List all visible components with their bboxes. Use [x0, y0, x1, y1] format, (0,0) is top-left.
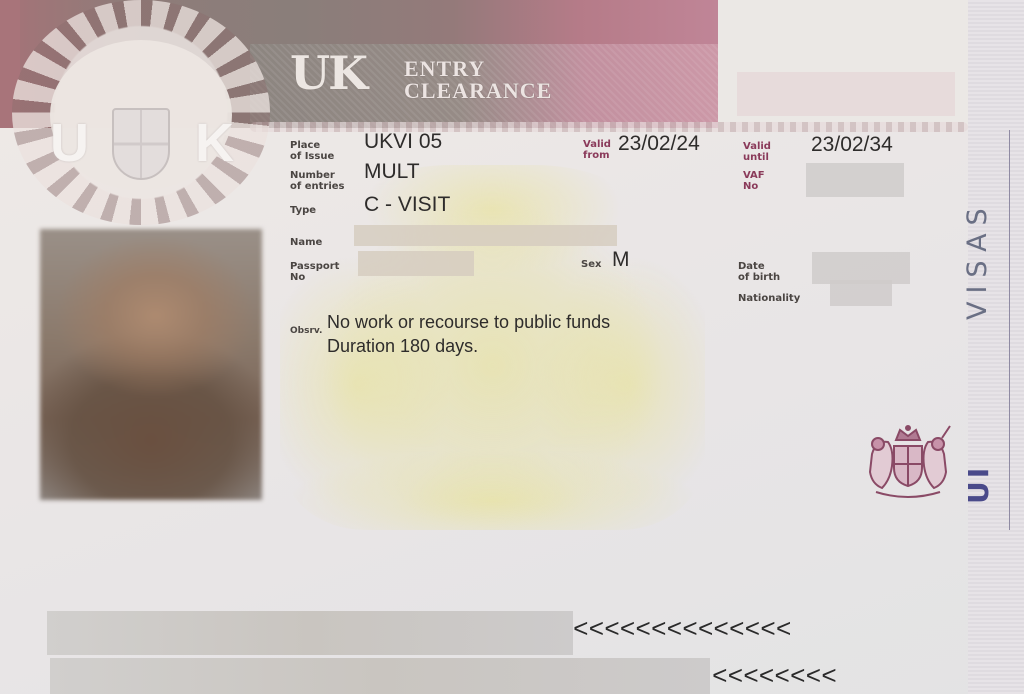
side-strip-code-wrap: UI	[962, 440, 1002, 510]
uk-logo: UK	[290, 46, 366, 100]
label-line: of entries	[290, 181, 344, 192]
side-strip	[968, 0, 1024, 694]
label-line: VAF	[743, 170, 765, 181]
label-line: Valid	[743, 141, 771, 152]
sex-label: Sex	[581, 259, 601, 270]
label-line: from	[583, 150, 611, 161]
valid-until-value: 23/02/34	[811, 134, 893, 156]
rosette-letter-k: K	[195, 112, 234, 174]
label-line: until	[743, 152, 771, 163]
observations-text: No work or recourse to public funds Dura…	[327, 310, 610, 358]
passport-no-label: Passport No	[290, 261, 339, 283]
mrz-line-2-filler: <<<<<<<<	[712, 664, 837, 690]
header-wave-border	[250, 122, 968, 132]
nationality-label: Nationality	[738, 293, 800, 304]
observation-line-1: No work or recourse to public funds	[327, 310, 610, 334]
vaf-no-label: VAF No	[743, 170, 765, 192]
side-strip-code-text: UI	[962, 465, 995, 504]
side-strip-visas-text: VISAS	[962, 200, 993, 320]
number-of-entries-value: MULT	[364, 161, 420, 183]
redacted-top-right	[737, 72, 955, 116]
label-line: of birth	[738, 272, 780, 283]
side-strip-visas-wrap: VISAS	[962, 160, 1002, 320]
label-line: Date	[738, 261, 780, 272]
place-of-issue-label: Place of Issue	[290, 140, 334, 162]
observations-label: Obsrv.	[290, 326, 322, 337]
nationality-value-redacted	[830, 280, 892, 306]
name-label: Name	[290, 237, 322, 248]
title-line-2: CLEARANCE	[404, 80, 552, 102]
label-line: Passport	[290, 261, 339, 272]
label-line: Place	[290, 140, 334, 151]
passport-no-value-redacted	[358, 251, 474, 276]
label-line: No	[743, 181, 765, 192]
label-line: Number	[290, 170, 344, 181]
rosette-letters: U K	[50, 112, 234, 174]
date-of-birth-label: Date of birth	[738, 261, 780, 283]
royal-coat-of-arms-icon	[862, 424, 954, 502]
side-strip-line	[1009, 130, 1010, 530]
type-label: Type	[290, 205, 316, 216]
mrz-line-2-redacted	[50, 658, 710, 694]
type-value: C - VISIT	[364, 194, 450, 216]
label-line: No	[290, 272, 339, 283]
number-of-entries-label: Number of entries	[290, 170, 344, 192]
label-line: Valid	[583, 139, 611, 150]
name-value-redacted	[354, 225, 617, 246]
entry-clearance-title: ENTRY CLEARANCE	[404, 58, 552, 102]
sex-value: M	[612, 249, 630, 271]
mrz-line-1-redacted	[47, 611, 573, 655]
valid-until-label: Valid until	[743, 141, 771, 163]
mrz-line-1-filler: <<<<<<<<<<<<<<	[573, 617, 791, 643]
vaf-no-value-redacted	[806, 163, 904, 197]
valid-from-value: 23/02/24	[618, 133, 700, 155]
place-of-issue-value: UKVI 05	[364, 131, 442, 153]
holder-photo	[40, 229, 262, 500]
observation-line-2: Duration 180 days.	[327, 334, 610, 358]
label-line: of Issue	[290, 151, 334, 162]
title-line-1: ENTRY	[404, 58, 552, 80]
rosette-letter-u: U	[50, 112, 89, 174]
valid-from-label: Valid from	[583, 139, 611, 161]
